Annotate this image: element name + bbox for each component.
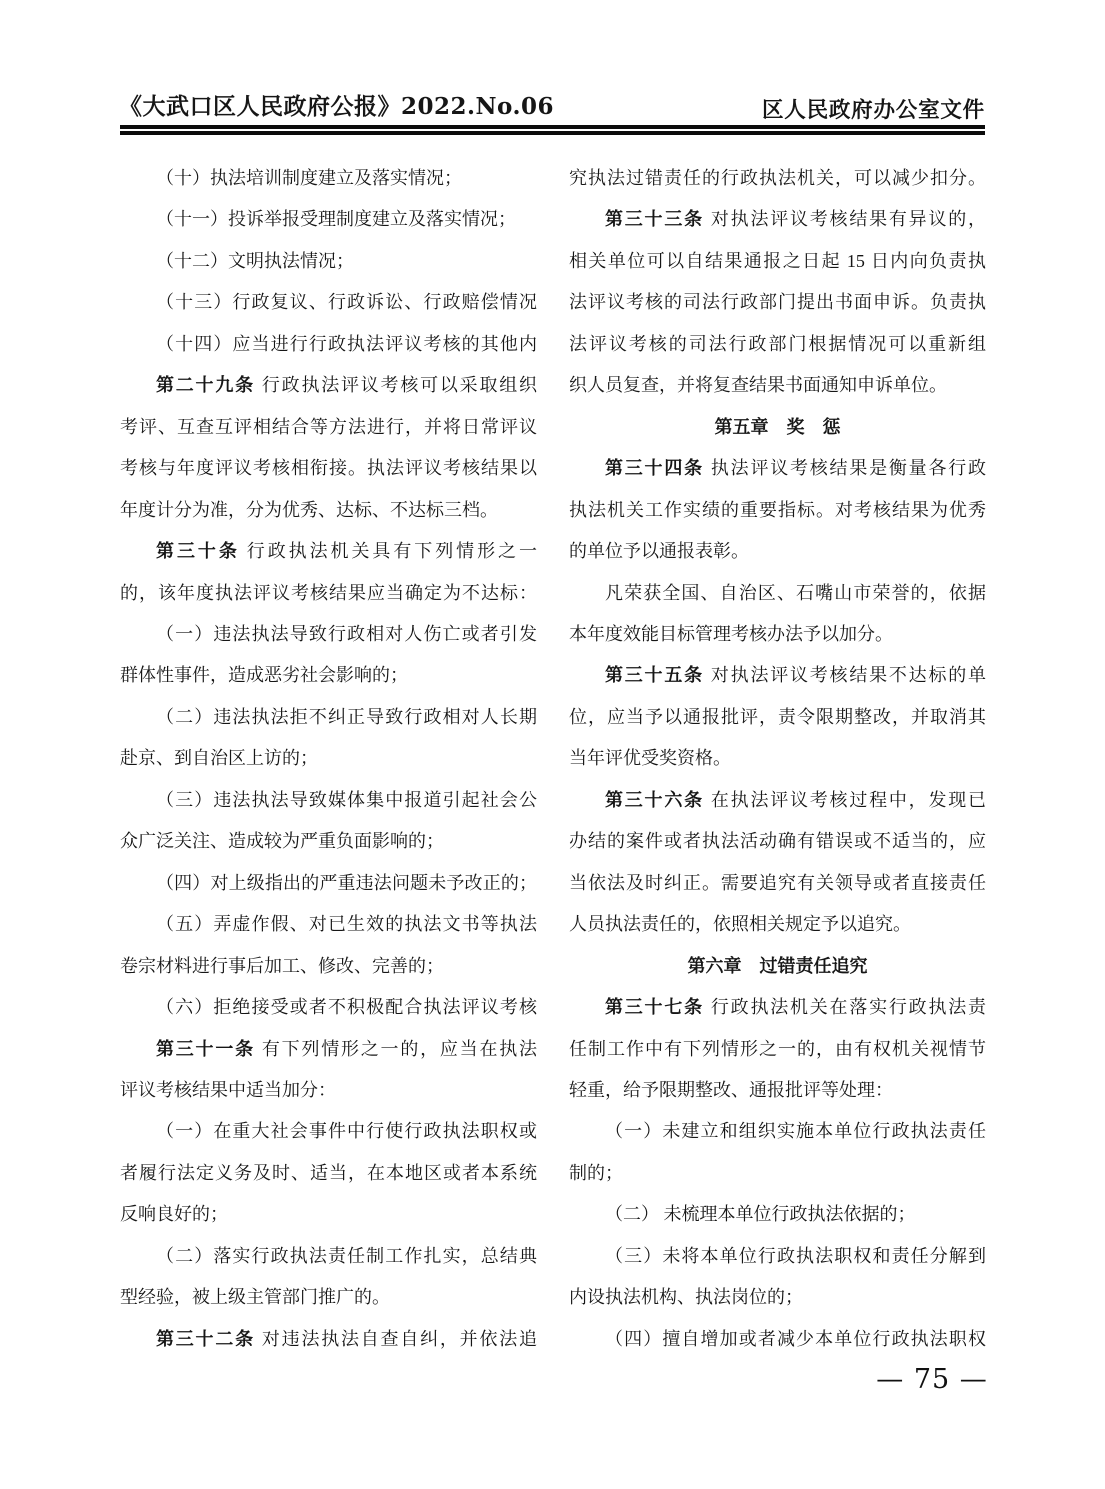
line-text: （四）对上级指出的严重违法问题未予改正的； <box>156 873 537 893</box>
line-text: 法评议考核的司法行政部门提出书面申诉。负责执 <box>569 292 986 312</box>
text-line: 的单位予以通报表彰。 <box>569 531 986 572</box>
text-line: 位，应当予以通报批评，责令限期整改，并取消其 <box>569 697 986 738</box>
line-text: 办结的案件或者执法活动确有错误或不适当的，应 <box>569 831 986 851</box>
text-line: 本年度效能目标管理考核办法予以加分。 <box>569 614 986 655</box>
text-line: 第三十六条在执法评议考核过程中，发现已 <box>569 780 986 821</box>
line-text: 相关单位可以自结果通报之日起 15 日内向负责执 <box>569 251 986 271</box>
line-text: 众广泛关注、造成较为严重负面影响的； <box>120 831 444 851</box>
text-line: （十三）行政复议、行政诉讼、行政赔偿情况 <box>120 282 537 323</box>
line-text: 有下列情形之一的，应当在执法 <box>262 1039 537 1059</box>
text-line: （二） 未梳理本单位行政执法依据的； <box>569 1194 986 1235</box>
text-line: 者履行法定义务及时、适当，在本地区或者本系统 <box>120 1153 537 1194</box>
line-text: （三）未将本单位行政执法职权和责任分解到 <box>605 1246 986 1266</box>
text-line: （一）违法执法导致行政相对人伤亡或者引发 <box>120 614 537 655</box>
line-text: 执法机关工作实绩的重要指标。对考核结果为优秀 <box>569 500 986 520</box>
text-line: 赴京、到自治区上访的； <box>120 738 537 779</box>
line-text: 行政执法机关具有下列情形之一 <box>247 541 537 561</box>
line-text: （十）执法培训制度建立及落实情况； <box>156 168 462 188</box>
text-line: 群体性事件，造成恶劣社会影响的； <box>120 655 537 696</box>
chapter-heading-text: 第五章 奖 惩 <box>715 417 841 437</box>
text-line: 卷宗材料进行事后加工、修改、完善的； <box>120 946 537 987</box>
line-text: 在执法评议考核过程中，发现已 <box>711 790 986 810</box>
text-line: 考核与年度评议考核相衔接。执法评议考核结果以 <box>120 448 537 489</box>
line-text: 反响良好的； <box>120 1204 228 1224</box>
article-number: 第三十条 <box>156 541 240 561</box>
text-line: 评议考核结果中适当加分： <box>120 1070 537 1111</box>
article-number: 第三十七条 <box>605 997 704 1017</box>
page-number: — 75 — <box>868 1364 996 1395</box>
header-double-rule-bottom <box>120 131 985 135</box>
line-text: 考核与年度评议考核相衔接。执法评议考核结果以 <box>120 458 537 478</box>
left-text-column: （十）执法培训制度建立及落实情况；（十一）投诉举报受理制度建立及落实情况；（十二… <box>120 158 537 1360</box>
line-text: （十三）行政复议、行政诉讼、行政赔偿情况 <box>156 292 537 312</box>
text-line: 当年评优受奖资格。 <box>569 738 986 779</box>
line-text: （十四）应当进行行政执法评议考核的其他内容。 <box>156 334 537 365</box>
chapter-heading: 第六章 过错责任追究 <box>569 946 986 987</box>
text-line: （六）拒绝接受或者不积极配合执法评议考核的。 <box>120 987 537 1028</box>
text-line: 第三十二条对违法执法自查自纠，并依法追 <box>120 1319 537 1360</box>
line-text: （十二）文明执法情况； <box>156 251 354 271</box>
line-text: 赴京、到自治区上访的； <box>120 748 318 768</box>
line-text: （二） 未梳理本单位行政执法依据的； <box>605 1204 916 1224</box>
chapter-heading: 第五章 奖 惩 <box>569 407 986 448</box>
line-text: 任制工作中有下列情形之一的，由有权机关视情节 <box>569 1039 986 1059</box>
article-number: 第三十二条 <box>156 1329 255 1349</box>
line-text: 评议考核结果中适当加分： <box>120 1080 336 1100</box>
line-text: 卷宗材料进行事后加工、修改、完善的； <box>120 956 444 976</box>
article-number: 第三十一条 <box>156 1039 255 1059</box>
line-text: 人员执法责任的，依照相关规定予以追究。 <box>569 914 911 934</box>
text-line: （二）落实行政执法责任制工作扎实，总结典 <box>120 1236 537 1277</box>
line-text: 法评议考核的司法行政部门根据情况可以重新组 <box>569 334 986 354</box>
text-line: 第三十条行政执法机关具有下列情形之一 <box>120 531 537 572</box>
header-doc-category: 区人民政府办公室文件 <box>762 93 985 124</box>
line-text: （六）拒绝接受或者不积极配合执法评议考核的。 <box>156 997 537 1028</box>
line-text: 当依法及时纠正。需要追究有关领导或者直接责任 <box>569 873 986 893</box>
line-text: 位，应当予以通报批评，责令限期整改，并取消其 <box>569 707 986 727</box>
text-line: （五）弄虚作假、对已生效的执法文书等执法 <box>120 904 537 945</box>
text-line: 第三十四条执法评议考核结果是衡量各行政 <box>569 448 986 489</box>
line-text: （二）落实行政执法责任制工作扎实，总结典 <box>156 1246 537 1266</box>
line-text: （四）擅自增加或者减少本单位行政执法职权 <box>605 1329 986 1349</box>
text-line: 第三十五条对执法评议考核结果不达标的单 <box>569 655 986 696</box>
document-page: 《大武口区人民政府公报》2022.No.06 区人民政府办公室文件 （十）执法培… <box>0 0 1105 1489</box>
text-line: 究执法过错责任的行政执法机关，可以减少扣分。 <box>569 158 986 199</box>
line-text: 内设执法机构、执法岗位的； <box>569 1287 803 1307</box>
article-number: 第三十五条 <box>605 665 704 685</box>
text-line: （一）在重大社会事件中行使行政执法职权或 <box>120 1111 537 1152</box>
text-line: 的，该年度执法评议考核结果应当确定为不达标： <box>120 573 537 614</box>
text-line: 第三十一条有下列情形之一的，应当在执法 <box>120 1029 537 1070</box>
line-text: 凡荣获全国、自治区、石嘴山市荣誉的，依据 <box>605 583 986 603</box>
text-line: 任制工作中有下列情形之一的，由有权机关视情节 <box>569 1029 986 1070</box>
text-line: （四）擅自增加或者减少本单位行政执法职权 <box>569 1319 986 1360</box>
text-line: 第三十三条对执法评议考核结果有异议的， <box>569 199 986 240</box>
text-line: 法评议考核的司法行政部门提出书面申诉。负责执 <box>569 282 986 323</box>
line-text: 当年评优受奖资格。 <box>569 748 731 768</box>
text-line: 办结的案件或者执法活动确有错误或不适当的，应 <box>569 821 986 862</box>
article-number: 第二十九条 <box>156 375 255 395</box>
line-text: 型经验，被上级主管部门推广的。 <box>120 1287 390 1307</box>
chapter-heading-text: 第六章 过错责任追究 <box>688 956 868 976</box>
line-text: 考评、互查互评相结合等方法进行，并将日常评议 <box>120 417 537 437</box>
text-line: 当依法及时纠正。需要追究有关领导或者直接责任 <box>569 863 986 904</box>
text-line: 反响良好的； <box>120 1194 537 1235</box>
text-line: 执法机关工作实绩的重要指标。对考核结果为优秀 <box>569 490 986 531</box>
text-line: （十二）文明执法情况； <box>120 241 537 282</box>
text-line: （四）对上级指出的严重违法问题未予改正的； <box>120 863 537 904</box>
line-text: 的单位予以通报表彰。 <box>569 541 749 561</box>
text-line: （十）执法培训制度建立及落实情况； <box>120 158 537 199</box>
line-text: 年度计分为准，分为优秀、达标、不达标三档。 <box>120 500 498 520</box>
line-text: 织人员复查，并将复查结果书面通知申诉单位。 <box>569 375 947 395</box>
line-text: （一）违法执法导致行政相对人伤亡或者引发 <box>156 624 537 644</box>
line-text: （十一）投诉举报受理制度建立及落实情况； <box>156 209 516 229</box>
line-text: 执法评议考核结果是衡量各行政 <box>711 458 986 478</box>
article-number: 第三十六条 <box>605 790 704 810</box>
line-text: （五）弄虚作假、对已生效的执法文书等执法 <box>156 914 537 934</box>
line-text: 者履行法定义务及时、适当，在本地区或者本系统 <box>120 1163 537 1183</box>
text-line: （十四）应当进行行政执法评议考核的其他内容。 <box>120 324 537 365</box>
line-text: 对违法执法自查自纠，并依法追 <box>262 1329 537 1349</box>
text-line: （十一）投诉举报受理制度建立及落实情况； <box>120 199 537 240</box>
header-double-rule-top <box>120 125 985 129</box>
line-text: 究执法过错责任的行政执法机关，可以减少扣分。 <box>569 168 986 188</box>
text-line: 相关单位可以自结果通报之日起 15 日内向负责执 <box>569 241 986 282</box>
line-text: 本年度效能目标管理考核办法予以加分。 <box>569 624 893 644</box>
line-text: 行政执法评议考核可以采取组织 <box>262 375 537 395</box>
text-line: 凡荣获全国、自治区、石嘴山市荣誉的，依据 <box>569 573 986 614</box>
gazette-title: 《大武口区人民政府公报》2022.No.06 <box>119 88 554 121</box>
article-number: 第三十三条 <box>605 209 704 229</box>
text-line: （一）未建立和组织实施本单位行政执法责任 <box>569 1111 986 1152</box>
line-text: 制的； <box>569 1163 623 1183</box>
line-text: （二）违法执法拒不纠正导致行政相对人长期 <box>156 707 537 727</box>
line-text: （一）在重大社会事件中行使行政执法职权或 <box>156 1121 537 1141</box>
text-line: （二）违法执法拒不纠正导致行政相对人长期 <box>120 697 537 738</box>
right-text-column: 究执法过错责任的行政执法机关，可以减少扣分。第三十三条对执法评议考核结果有异议的… <box>569 158 986 1360</box>
text-line: 考评、互查互评相结合等方法进行，并将日常评议 <box>120 407 537 448</box>
line-text: 群体性事件，造成恶劣社会影响的； <box>120 665 408 685</box>
text-line: 内设执法机构、执法岗位的； <box>569 1277 986 1318</box>
line-text: 对执法评议考核结果不达标的单 <box>711 665 986 685</box>
line-text: 对执法评议考核结果有异议的， <box>711 209 986 229</box>
text-line: 轻重，给予限期整改、通报批评等处理： <box>569 1070 986 1111</box>
text-line: （三）违法执法导致媒体集中报道引起社会公 <box>120 780 537 821</box>
line-text: 的，该年度执法评议考核结果应当确定为不达标： <box>120 583 537 603</box>
text-line: 型经验，被上级主管部门推广的。 <box>120 1277 537 1318</box>
line-text: 行政执法机关在落实行政执法责 <box>711 997 986 1017</box>
line-text: （一）未建立和组织实施本单位行政执法责任 <box>605 1121 986 1141</box>
line-text: 轻重，给予限期整改、通报批评等处理： <box>569 1080 893 1100</box>
text-line: 第三十七条行政执法机关在落实行政执法责 <box>569 987 986 1028</box>
text-line: 年度计分为准，分为优秀、达标、不达标三档。 <box>120 490 537 531</box>
text-line: 织人员复查，并将复查结果书面通知申诉单位。 <box>569 365 986 406</box>
text-line: 人员执法责任的，依照相关规定予以追究。 <box>569 904 986 945</box>
text-line: 法评议考核的司法行政部门根据情况可以重新组 <box>569 324 986 365</box>
text-line: （三）未将本单位行政执法职权和责任分解到 <box>569 1236 986 1277</box>
text-line: 第二十九条行政执法评议考核可以采取组织 <box>120 365 537 406</box>
text-line: 众广泛关注、造成较为严重负面影响的； <box>120 821 537 862</box>
article-number: 第三十四条 <box>605 458 704 478</box>
line-text: （三）违法执法导致媒体集中报道引起社会公 <box>156 790 537 810</box>
text-line: 制的； <box>569 1153 986 1194</box>
